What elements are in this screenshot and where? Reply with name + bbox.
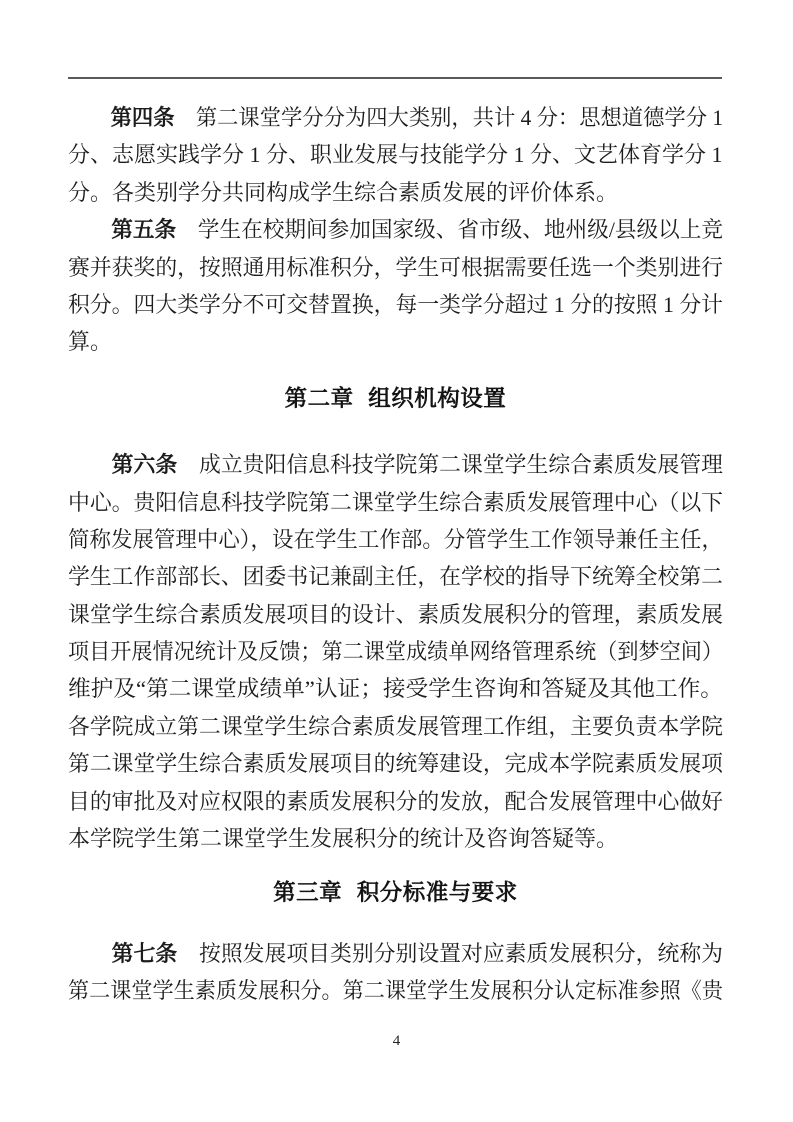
text-line: 积分。四大类学分不可交替置换，每一类学分超过 1 分的按照 1 分计 [68,286,723,323]
text-line: 学生工作部部长、团委书记兼副主任，在学校的指导下统筹全校第二 [68,558,723,595]
text-line: 维护及“第二课堂成绩单”认证；接受学生咨询和答疑及其他工作。 [68,670,723,707]
first-line-indent [68,124,111,125]
term-gap [177,960,199,961]
line-text: 赛并获奖的，按照通用标准积分，学生可根据需要任选一个类别进行 [68,255,723,280]
text-line: 第五条学生在校期间参加国家级、省市级、地州级/县级以上竞 [68,211,723,248]
text-line: 第四条第二课堂学分分为四大类别，共计 4 分：思想道德学分 1 [68,99,723,136]
text-line: 各学院成立第二课堂学生综合素质发展管理工作组，主要负责本学院 [68,708,723,745]
line-text: 分。各类别学分共同构成学生综合素质发展的评价体系。 [68,180,618,205]
text-line: 分。各类别学分共同构成学生综合素质发展的评价体系。 [68,174,723,211]
article-term: 第四条 [111,105,175,130]
line-text: 学生工作部部长、团委书记兼副主任，在学校的指导下统筹全校第二 [68,564,723,589]
text-line: 赛并获奖的，按照通用标准积分，学生可根据需要任选一个类别进行 [68,249,723,286]
line-text: 课堂学生综合素质发展项目的设计、素质发展积分的管理，素质发展 [68,602,723,627]
article-term: 第五条 [111,217,176,242]
first-line-indent [68,960,112,961]
line-text: 中心。贵阳信息科技学院第二课堂学生综合素质发展管理中心（以下 [68,490,723,515]
text-line: 目的审批及对应权限的素质发展积分的发放，配合发展管理中心做好 [68,783,723,820]
chapter-2-heading: 第二章 组织机构设置 [68,380,723,417]
text-line: 第六条成立贵阳信息科技学院第二课堂学生综合素质发展管理 [68,446,723,483]
line-text: 本学院学生第二课堂学生发展积分的统计及咨询答疑等。 [68,826,618,851]
page-number: 4 [0,1033,793,1050]
article-5-paragraph: 第五条学生在校期间参加国家级、省市级、地州级/县级以上竞赛并获奖的，按照通用标准… [68,211,723,361]
term-gap [177,471,199,472]
text-line: 课堂学生综合素质发展项目的设计、素质发展积分的管理，素质发展 [68,596,723,633]
line-text: 第二课堂学分分为四大类别，共计 4 分：思想道德学分 1 [196,105,723,130]
article-term: 第六条 [112,452,178,477]
line-text: 按照发展项目类别分别设置对应素质发展积分，统称为 [199,941,723,966]
line-text: 成立贵阳信息科技学院第二课堂学生综合素质发展管理 [199,452,723,477]
text-line: 简称发展管理中心），设在学生工作部。分管学生工作领导兼任主任， [68,521,723,558]
text-line: 本学院学生第二课堂学生发展积分的统计及咨询答疑等。 [68,820,723,857]
term-gap [175,124,196,125]
text-line: 第二课堂学生综合素质发展项目的统筹建设，完成本学院素质发展项 [68,745,723,782]
text-line: 第二课堂学生素质发展积分。第二课堂学生发展积分认定标准参照《贵 [68,972,723,1009]
term-gap [176,236,198,237]
text-line: 项目开展情况统计及反馈；第二课堂成绩单网络管理系统（到梦空间） [68,633,723,670]
text-line: 算。 [68,323,723,360]
line-text: 维护及“第二课堂成绩单”认证；接受学生咨询和答疑及其他工作。 [68,676,723,701]
article-term: 第七条 [112,941,178,966]
line-text: 简称发展管理中心），设在学生工作部。分管学生工作领导兼任主任， [68,527,723,552]
line-text: 积分。四大类学分不可交替置换，每一类学分超过 1 分的按照 1 分计 [68,292,723,317]
line-text: 分、志愿实践学分 1 分、职业发展与技能学分 1 分、文艺体育学分 1 [68,142,723,167]
article-6-paragraph: 第六条成立贵阳信息科技学院第二课堂学生综合素质发展管理中心。贵阳信息科技学院第二… [68,446,723,857]
line-text: 第二课堂学生综合素质发展项目的统筹建设，完成本学院素质发展项 [68,751,723,776]
header-rule [68,77,722,79]
text-line: 中心。贵阳信息科技学院第二课堂学生综合素质发展管理中心（以下 [68,484,723,521]
text-line: 分、志愿实践学分 1 分、职业发展与技能学分 1 分、文艺体育学分 1 [68,136,723,173]
chapter-3-heading: 第三章 积分标准与要求 [68,874,723,911]
line-text: 各学院成立第二课堂学生综合素质发展管理工作组，主要负责本学院 [68,714,723,739]
document-page: 第四条第二课堂学分分为四大类别，共计 4 分：思想道德学分 1分、志愿实践学分 … [0,0,793,1122]
line-text: 第二课堂学生素质发展积分。第二课堂学生发展积分认定标准参照《贵 [68,978,723,1003]
article-4-paragraph: 第四条第二课堂学分分为四大类别，共计 4 分：思想道德学分 1分、志愿实践学分 … [68,99,723,211]
first-line-indent [68,471,112,472]
first-line-indent [68,236,111,237]
line-text: 学生在校期间参加国家级、省市级、地州级/县级以上竞 [198,217,723,242]
document-content: 第四条第二课堂学分分为四大类别，共计 4 分：思想道德学分 1分、志愿实践学分 … [68,99,723,1010]
line-text: 算。 [68,329,112,354]
line-text: 目的审批及对应权限的素质发展积分的发放，配合发展管理中心做好 [68,789,723,814]
article-7-paragraph: 第七条按照发展项目类别分别设置对应素质发展积分，统称为第二课堂学生素质发展积分。… [68,935,723,1010]
line-text: 项目开展情况统计及反馈；第二课堂成绩单网络管理系统（到梦空间） [68,639,723,664]
text-line: 第七条按照发展项目类别分别设置对应素质发展积分，统称为 [68,935,723,972]
